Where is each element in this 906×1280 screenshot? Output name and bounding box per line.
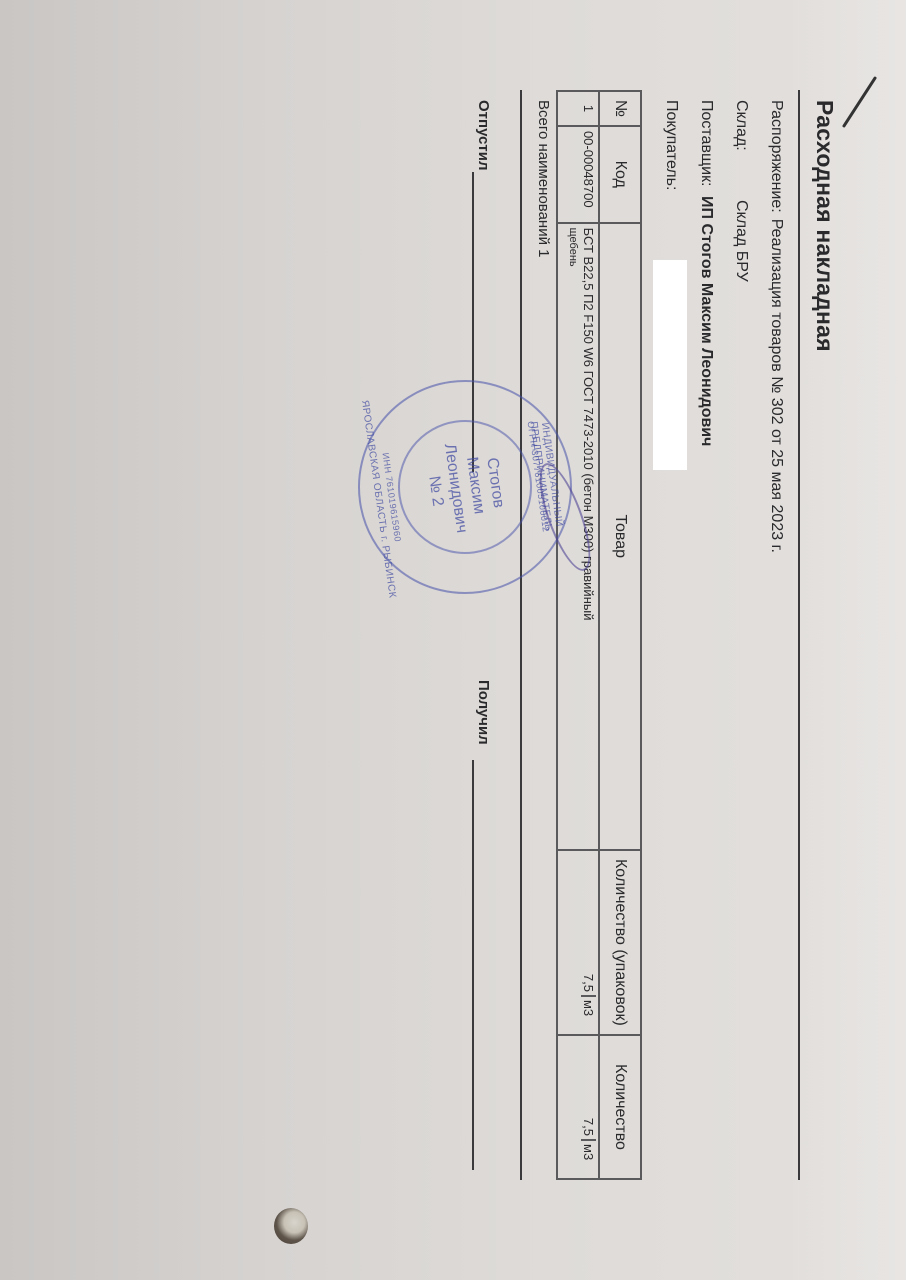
order-label: Распоряжение:: [767, 100, 785, 213]
table-row: 1 00-00048700 БСТ В22,5 П2 F150 W6 ГОСТ …: [557, 91, 599, 1179]
header-qty: Количество: [599, 1035, 641, 1179]
supplier-value: ИП Стогов Максим Леонидович: [697, 196, 715, 446]
header-item: Товар: [599, 223, 641, 850]
warehouse-value: Склад БРУ: [732, 200, 750, 282]
warehouse-row: Склад:Склад БРУ: [732, 100, 750, 282]
table-header-row: № Код Товар Количество (упаковок) Количе…: [599, 91, 641, 1179]
buyer-row: Покупатель:: [662, 100, 680, 190]
cell-num: 1: [557, 91, 599, 126]
cell-qty: 7,5 м3: [557, 1035, 599, 1179]
qty-packs-value: 7,5: [581, 974, 596, 995]
order-row: Распоряжение:Реализация товаров № 302 от…: [767, 100, 785, 553]
title-divider: [798, 90, 800, 1180]
order-value: Реализация товаров № 302 от 25 мая 2023 …: [767, 219, 785, 553]
total-items: Всего наименований 1: [535, 100, 552, 257]
header-num: №: [599, 91, 641, 126]
warehouse-label: Склад:: [732, 100, 750, 190]
document-title: Расходная накладная: [811, 100, 838, 352]
goods-table: № Код Товар Количество (упаковок) Количе…: [556, 90, 642, 1180]
received-signature-line: [472, 760, 474, 1170]
redaction-box: [653, 260, 687, 470]
header-qty-packs: Количество (упаковок): [599, 850, 641, 1035]
supplier-label: Поставщик:: [697, 100, 715, 190]
received-label: Получил: [475, 680, 492, 745]
qty-unit: м3: [581, 1139, 596, 1174]
qty-packs-unit: м3: [581, 995, 596, 1030]
released-label: Отпустил: [475, 100, 492, 170]
stamp-line-4: № 2: [423, 475, 447, 508]
header-code: Код: [599, 126, 641, 223]
supplier-row: Поставщик:ИП Стогов Максим Леонидович: [697, 100, 715, 446]
stamp-center: Стогов Максим Леонидович № 2: [389, 411, 540, 562]
invoice-page: Расходная накладная Распоряжение:Реализа…: [382, 80, 842, 1260]
punch-hole: [274, 1208, 308, 1244]
qty-value: 7,5: [581, 1118, 596, 1139]
total-divider: [520, 90, 522, 1180]
buyer-label: Покупатель:: [662, 100, 680, 190]
cell-qty-packs: 7,5 м3: [557, 850, 599, 1035]
cell-code: 00-00048700: [557, 126, 599, 223]
